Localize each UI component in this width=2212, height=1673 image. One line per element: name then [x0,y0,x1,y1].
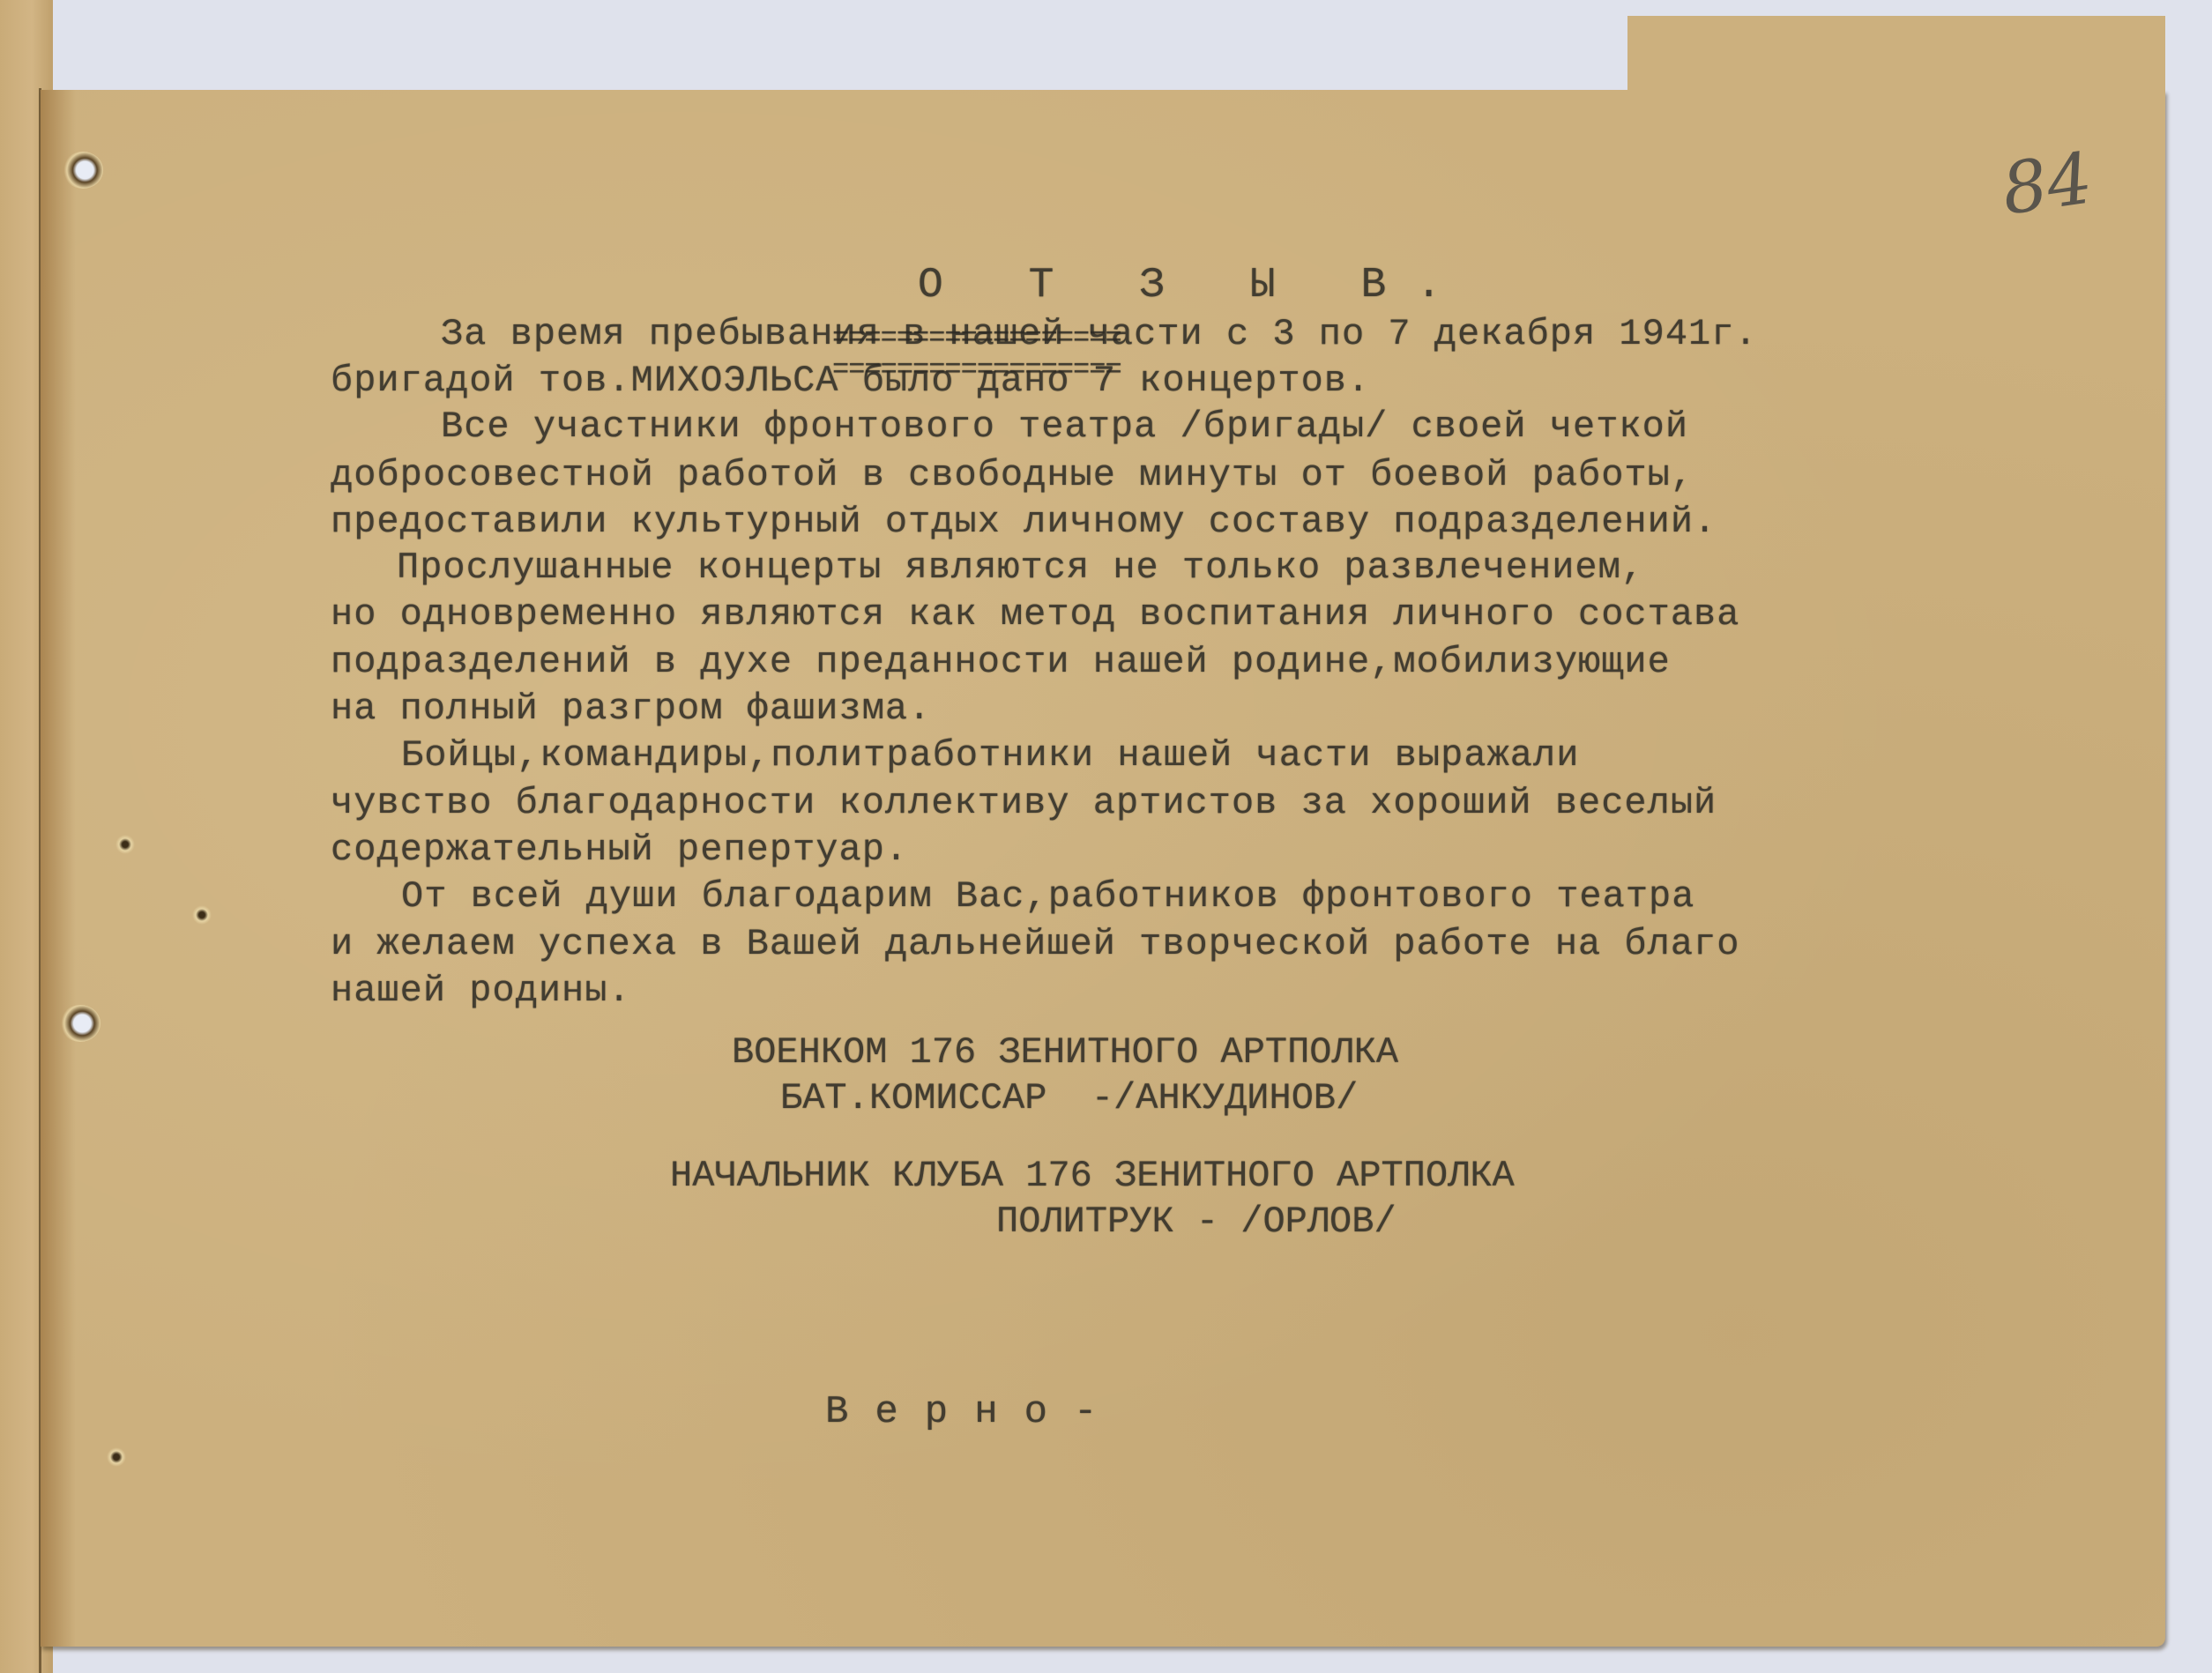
body-text-line: нашей родины. [331,970,631,1012]
page-top-edge [1627,16,2165,95]
signatory-title: НАЧАЛЬНИК КЛУБА 176 ЗЕНИТНОГО АРТПОЛКА [670,1155,1515,1197]
pin-hole-icon [115,835,135,854]
pin-hole-icon [107,1447,126,1467]
body-text-line: добросовестной работой в свободные минут… [331,454,1694,496]
body-text-line: чувство благодарности коллективу артисто… [331,782,1717,824]
certification-mark: Верно- [825,1390,1123,1434]
body-text-line: на полный разгром фашизма. [331,688,931,730]
body-text-line: предоставили культурный отдых личному со… [331,501,1717,543]
body-text-line: Прослушанные концерты являются не только… [397,547,1644,589]
punch-hole-icon [60,1005,101,1042]
body-text-line: За время пребывания в нашей части с 3 по… [441,313,1758,355]
body-text-line: Бойцы,командиры,политработники нашей час… [401,734,1579,777]
body-text-line: но одновременно являются как метод воспи… [331,593,1739,636]
punch-hole-icon [63,152,103,189]
body-text-line: От всей души благодарим Вас,работников ф… [401,875,1694,918]
document-title: О Т З Ы В. [918,262,1471,309]
body-text-line: содержательный репертуар. [331,829,908,871]
pin-hole-icon [192,905,212,925]
signatory-title: ВОЕНКОМ 176 ЗЕНИТНОГО АРТПОЛКА [732,1031,1398,1074]
signatory-name: БАТ.КОМИССАР -/АНКУДИНОВ/ [780,1077,1358,1119]
body-text-line: бригадой тов.МИХОЭЛЬСА было дано 7 конце… [331,360,1370,402]
body-text-line: и желаем успеха в Вашей дальнейшей творч… [331,923,1739,965]
body-text-line: Все участники фронтового театра /бригады… [441,405,1688,448]
pencil-folio-number: 84 [1997,137,2097,230]
body-text-line: подразделений в духе преданности нашей р… [331,641,1671,683]
page-left-shadow [41,90,76,1647]
document-page: 84 О Т З Ы В. ================== =======… [41,90,2165,1647]
signatory-name: ПОЛИТРУК - /ОРЛОВ/ [996,1201,1396,1243]
